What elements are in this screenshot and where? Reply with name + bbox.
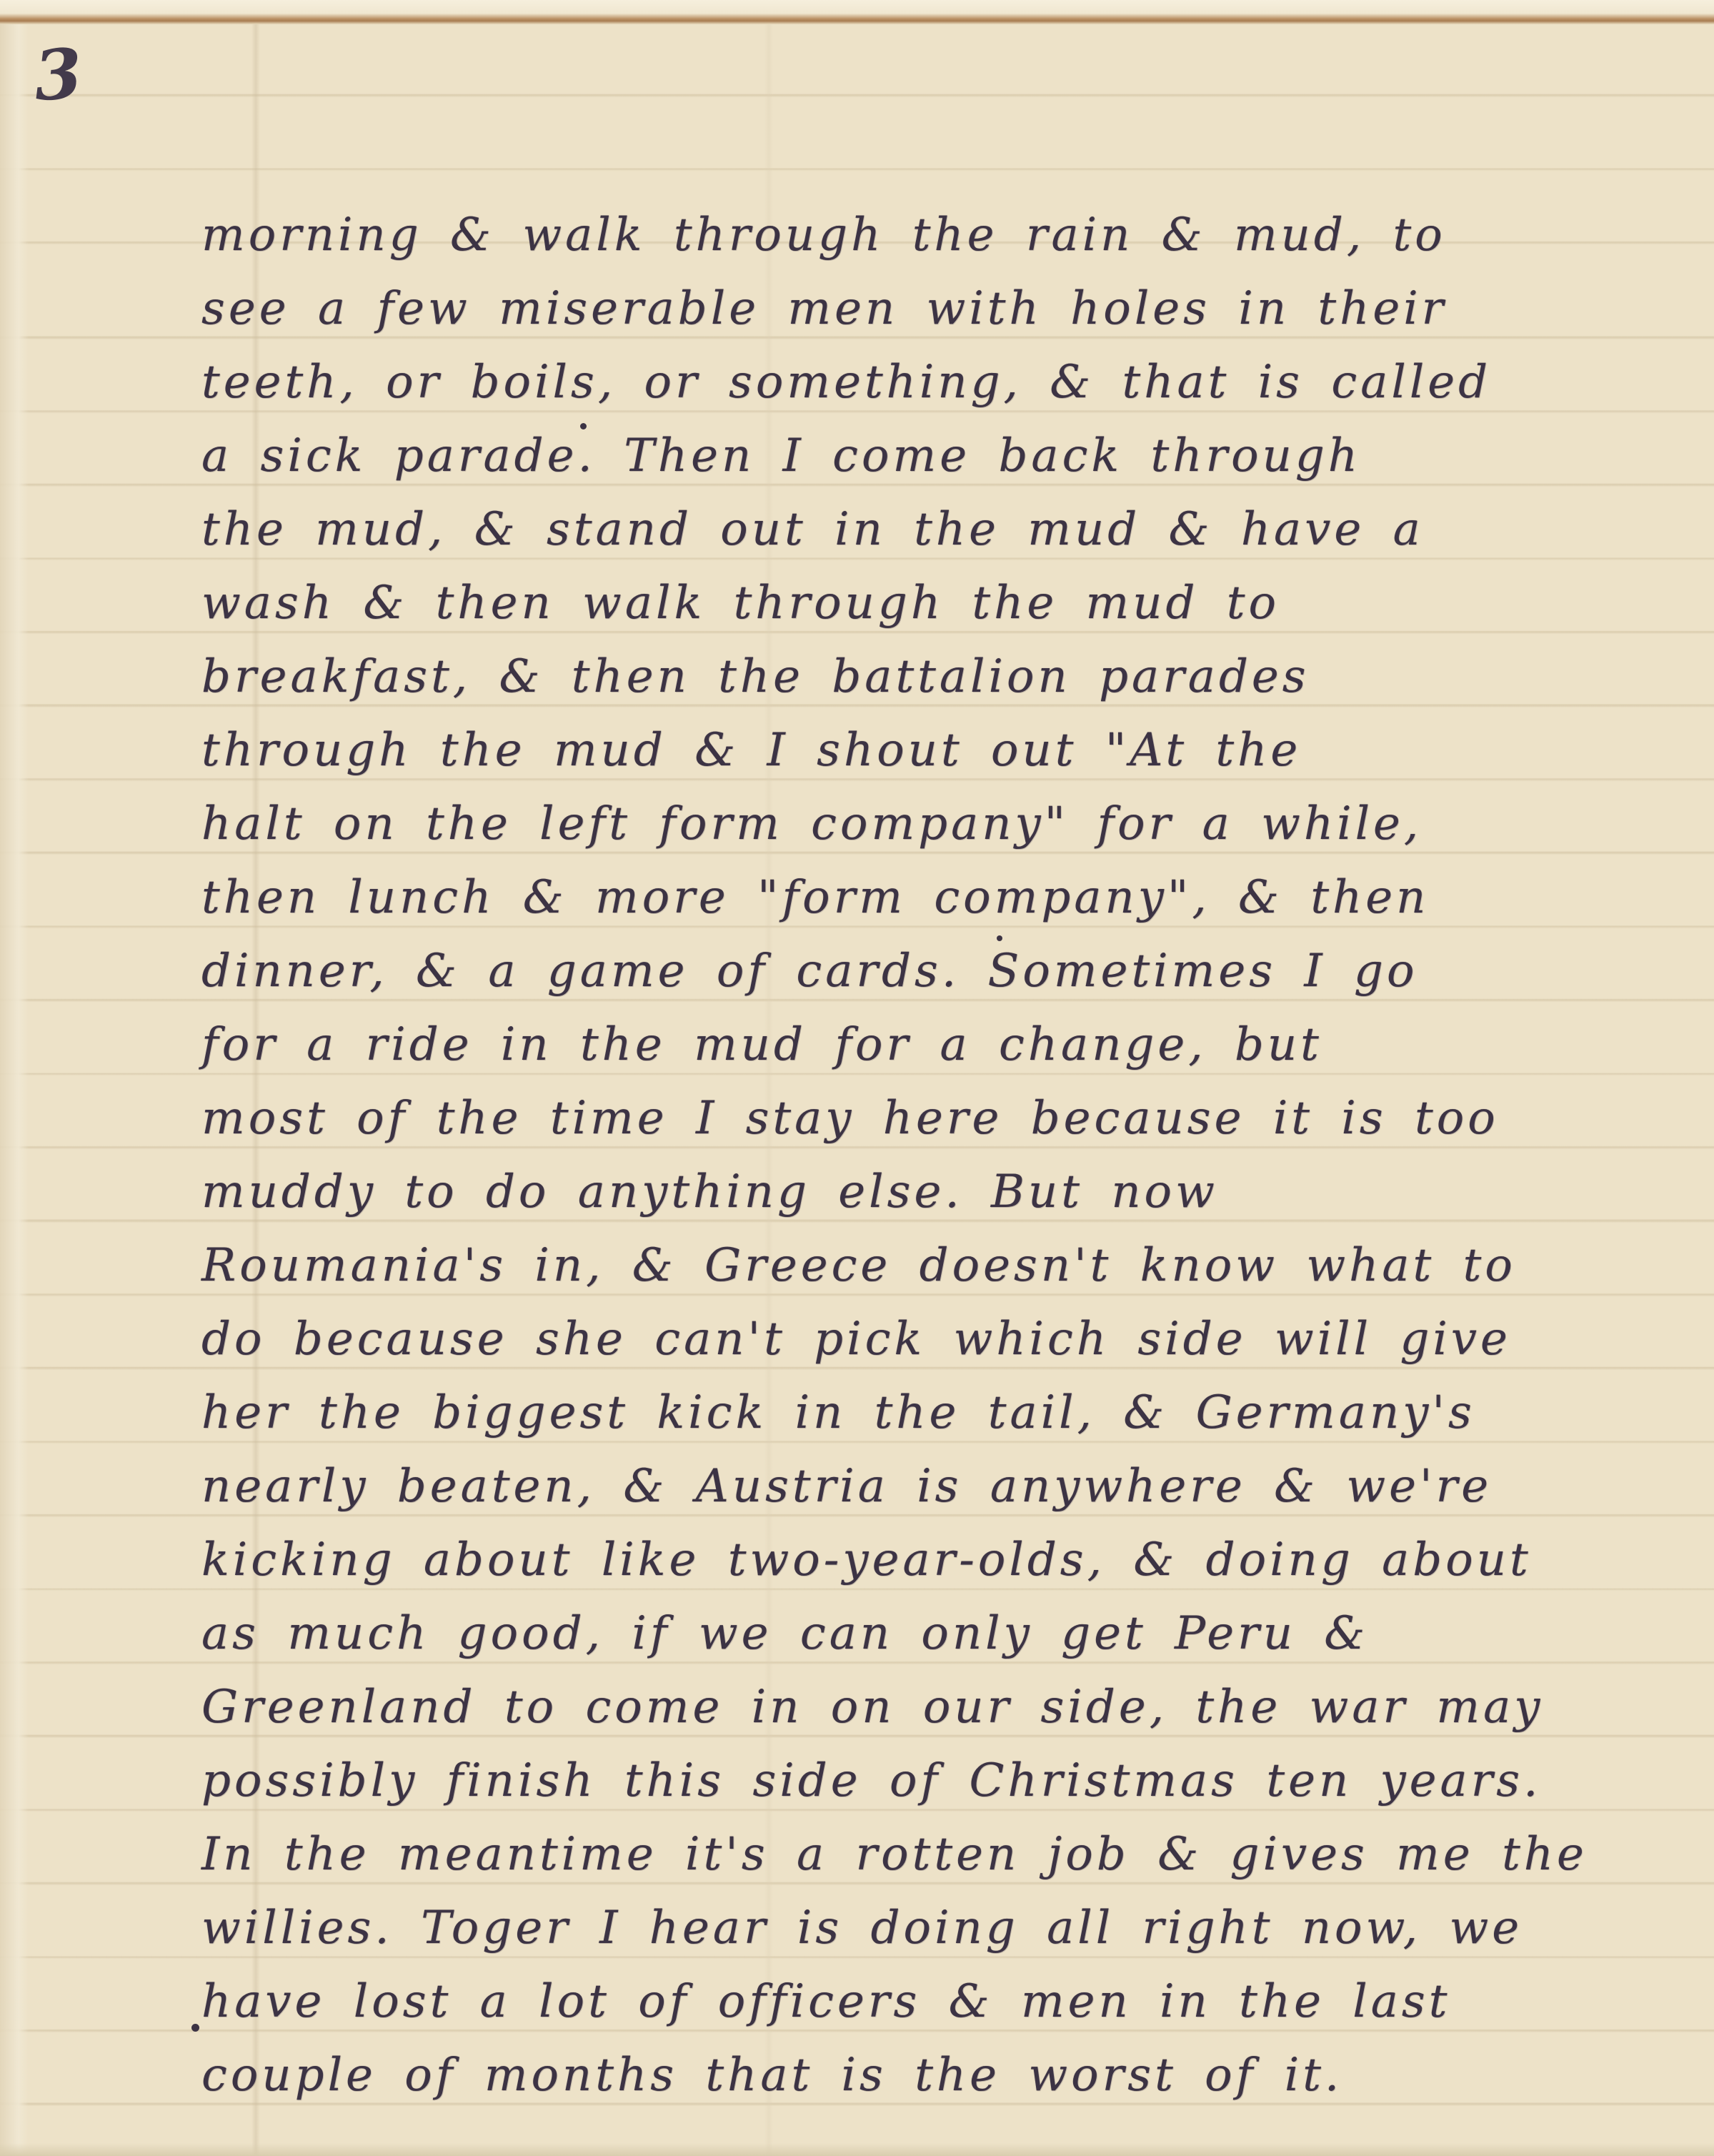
ink-dot <box>191 2024 199 2032</box>
letter-line: through the mud & I shout out "At the <box>201 714 1684 788</box>
letter-line: dinner, & a game of cards. Sometimes I g… <box>201 935 1684 1008</box>
letter-line: halt on the left form company" for a whi… <box>201 788 1684 861</box>
letter-line: teeth, or boils, or something, & that is… <box>201 346 1684 419</box>
ink-dot <box>997 935 1002 941</box>
letter-line: willies. Toger I hear is doing all right… <box>201 1892 1684 1965</box>
letter-line: then lunch & more "form company", & then <box>201 861 1684 935</box>
page-number: 3 <box>31 33 85 116</box>
letter-line: have lost a lot of officers & men in the… <box>201 1965 1684 2039</box>
letter-line: Roumania's in, & Greece doesn't know wha… <box>201 1229 1684 1303</box>
letter-line: nearly beaten, & Austria is anywhere & w… <box>201 1450 1684 1524</box>
letter-line: breakfast, & then the battalion parades <box>201 640 1684 714</box>
letter-line: a sick parade. Then I come back through <box>201 419 1684 493</box>
letter-line: her the biggest kick in the tail, & Germ… <box>201 1376 1684 1450</box>
letter-line: as much good, if we can only get Peru & <box>201 1597 1684 1671</box>
letter-line: In the meantime it's a rotten job & give… <box>201 1818 1684 1892</box>
letter-line: for a ride in the mud for a change, but <box>201 1008 1684 1082</box>
letter-body: morning & walk through the rain & mud, t… <box>201 199 1684 2112</box>
letter-line: Greenland to come in on our side, the wa… <box>201 1671 1684 1744</box>
ink-dot <box>580 423 587 429</box>
letter-line: couple of months that is the worst of it… <box>201 2039 1684 2112</box>
letter-page-scan: 3 morning & walk through the rain & mud,… <box>0 0 1714 2156</box>
letter-line: morning & walk through the rain & mud, t… <box>201 199 1684 272</box>
letter-line: most of the time I stay here because it … <box>201 1082 1684 1156</box>
letter-line: muddy to do anything else. But now <box>201 1156 1684 1229</box>
letter-line: see a few miserable men with holes in th… <box>201 272 1684 346</box>
paper-bottom-edge <box>0 2143 1714 2156</box>
letter-line: kicking about like two-year-olds, & doin… <box>201 1524 1684 1597</box>
letter-line: do because she can't pick which side wil… <box>201 1303 1684 1376</box>
letter-line: the mud, & stand out in the mud & have a <box>201 493 1684 567</box>
letter-line: wash & then walk through the mud to <box>201 567 1684 640</box>
letter-line: possibly finish this side of Christmas t… <box>201 1744 1684 1818</box>
paper-top-edge <box>0 0 1714 24</box>
